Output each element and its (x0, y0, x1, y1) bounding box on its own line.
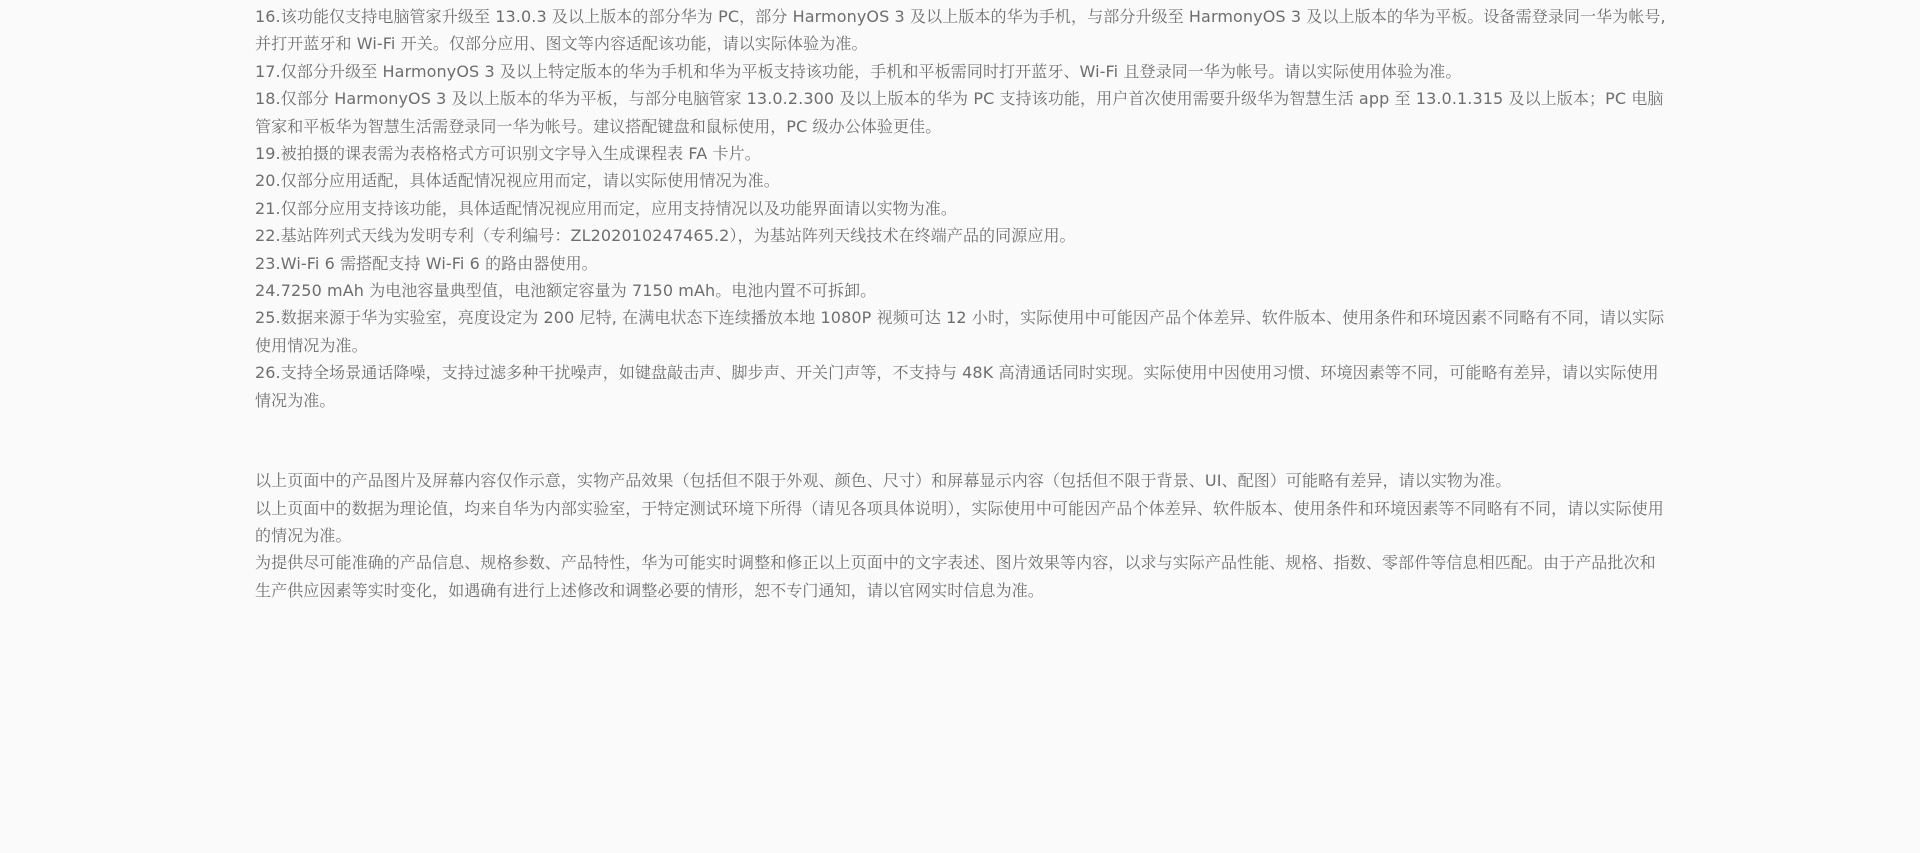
page: 16.该功能仅支持电脑管家升级至 13.0.3 及以上版本的部分华为 PC，部分… (0, 0, 1920, 853)
footnotes-content: 16.该功能仅支持电脑管家升级至 13.0.3 及以上版本的部分华为 PC，部分… (255, 3, 1667, 604)
footnote-22: 22.基站阵列式天线为发明专利（专利编号：ZL202010247465.2），为… (255, 222, 1667, 249)
disclaimer-list: 以上页面中的产品图片及屏幕内容仅作示意，实物产品效果（包括但不限于外观、颜色、尺… (255, 467, 1667, 604)
footnote-18: 18.仅部分 HarmonyOS 3 及以上版本的华为平板，与部分电脑管家 13… (255, 85, 1667, 140)
footnote-17: 17.仅部分升级至 HarmonyOS 3 及以上特定版本的华为手机和华为平板支… (255, 58, 1667, 85)
disclaimer-data: 以上页面中的数据为理论值，均来自华为内部实验室，于特定测试环境下所得（请见各项具… (255, 495, 1667, 550)
footnote-19: 19.被拍摄的课表需为表格格式方可识别文字导入生成课程表 FA 卡片。 (255, 140, 1667, 167)
footnote-16: 16.该功能仅支持电脑管家升级至 13.0.3 及以上版本的部分华为 PC，部分… (255, 3, 1667, 58)
footnote-20: 20.仅部分应用适配，具体适配情况视应用而定，请以实际使用情况为准。 (255, 167, 1667, 194)
footnote-25: 25.数据来源于华为实验室，亮度设定为 200 尼特, 在满电状态下连续播放本地… (255, 304, 1667, 359)
disclaimer-images: 以上页面中的产品图片及屏幕内容仅作示意，实物产品效果（包括但不限于外观、颜色、尺… (255, 467, 1667, 494)
footnote-list: 16.该功能仅支持电脑管家升级至 13.0.3 及以上版本的部分华为 PC，部分… (255, 3, 1667, 414)
footnote-21: 21.仅部分应用支持该功能，具体适配情况视应用而定，应用支持情况以及功能界面请以… (255, 195, 1667, 222)
footnote-26: 26.支持全场景通话降噪，支持过滤多种干扰噪声，如键盘敲击声、脚步声、开关门声等… (255, 359, 1667, 414)
footnote-24: 24.7250 mAh 为电池容量典型值，电池额定容量为 7150 mAh。电池… (255, 277, 1667, 304)
footnote-23: 23.Wi-Fi 6 需搭配支持 Wi-Fi 6 的路由器使用。 (255, 250, 1667, 277)
disclaimer-updates: 为提供尽可能准确的产品信息、规格参数、产品特性，华为可能实时调整和修正以上页面中… (255, 549, 1667, 604)
